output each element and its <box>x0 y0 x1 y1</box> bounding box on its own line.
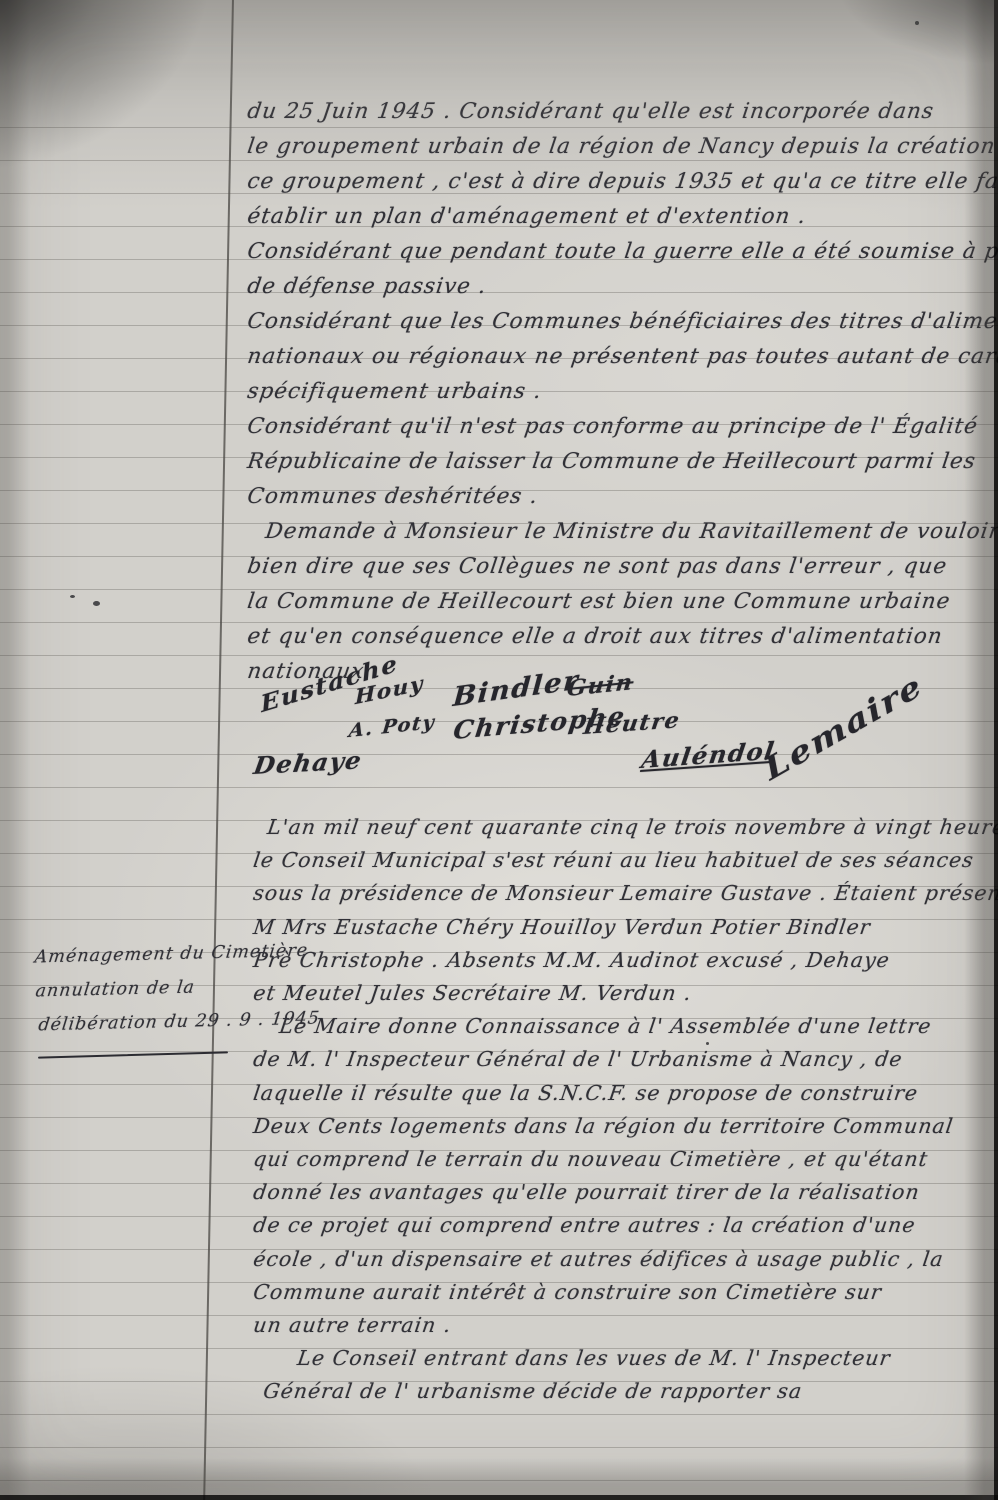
handwritten-line: un autre terrain . <box>252 1315 453 1336</box>
handwritten-line: Communes deshéritées . <box>246 486 540 508</box>
handwritten-line: de M. l' Inspecteur Général de l' Urbani… <box>252 1049 904 1070</box>
handwritten-line: bien dire que ses Collègues ne sont pas … <box>246 556 949 578</box>
handwritten-line: Demande à Monsieur le Ministre du Ravita… <box>264 521 998 543</box>
handwritten-line: de ce projet qui comprend entre autres :… <box>252 1215 917 1236</box>
handwritten-line: Le Maire donne Connaissance à l' Assembl… <box>278 1016 933 1037</box>
handwritten-line: la Commune de Heillecourt est bien une C… <box>246 591 952 613</box>
ink-speck <box>915 21 919 25</box>
handwritten-line: Considérant que pendant toute la guerre … <box>246 241 998 263</box>
handwritten-line: nationaux ou régionaux ne présentent pas… <box>246 346 998 368</box>
handwritten-line: et Meutel Jules Secrétaire M. Verdun . <box>252 983 693 1004</box>
handwritten-line: L'an mil neuf cent quarante cinq le troi… <box>266 817 998 838</box>
handwritten-line: qui comprend le terrain du nouveau Cimet… <box>252 1149 929 1170</box>
handwritten-line: Commune aurait intérêt à construire son … <box>252 1282 883 1303</box>
handwritten-line: laquelle il résulte que la S.N.C.F. se p… <box>252 1083 920 1104</box>
handwritten-line: établir un plan d'aménagement et d'exten… <box>246 206 808 228</box>
handwritten-line: spécifiquement urbains . <box>246 381 543 403</box>
handwritten-line: Républicaine de laisser la Commune de He… <box>246 451 977 473</box>
signature: Heutre <box>582 709 682 738</box>
signature: Dehaye <box>252 748 364 778</box>
handwritten-line: annulation de la <box>34 980 195 1001</box>
handwritten-line: le Conseil Municipal s'est réuni au lieu… <box>252 850 975 871</box>
handwritten-line: Le Conseil entrant dans les vues de M. l… <box>296 1348 892 1369</box>
handwritten-line: ce groupement , c'est à dire depuis 1935… <box>246 171 998 193</box>
ink-speck <box>70 595 75 598</box>
handwritten-line: sous la présidence de Monsieur Lemaire G… <box>252 883 998 904</box>
handwritten-line: et qu'en conséquence elle a droit aux ti… <box>246 626 944 648</box>
handwritten-line: Considérant que les Communes bénéficiair… <box>246 311 998 333</box>
handwritten-line: du 25 Juin 1945 . Considérant qu'elle es… <box>246 101 935 123</box>
ink-speck <box>93 601 100 606</box>
handwritten-line: de défense passive . <box>246 276 488 298</box>
handwritten-line: donné les avantages qu'elle pourrait tir… <box>252 1182 921 1203</box>
handwritten-line: Général de l' urbanisme décide de rappor… <box>262 1381 804 1402</box>
margin-annotation: Aménagement du Cimetièreannulation de la… <box>0 0 238 130</box>
handwritten-line: Considérant qu'il n'est pas conforme au … <box>246 416 979 438</box>
ink-speck <box>706 1042 709 1045</box>
handwritten-line: école , d'un dispensaire et autres édifi… <box>252 1249 945 1270</box>
handwritten-line: le groupement urbain de la région de Nan… <box>246 136 998 158</box>
signature: Guin <box>566 671 635 700</box>
handwritten-line: Deux Cents logements dans la région du t… <box>252 1116 955 1137</box>
handwritten-line: M Mrs Eustache Chéry Houilloy Verdun Pot… <box>252 917 872 938</box>
handwritten-line: Prè Christophe . Absents M.M. Audinot ex… <box>252 950 891 971</box>
